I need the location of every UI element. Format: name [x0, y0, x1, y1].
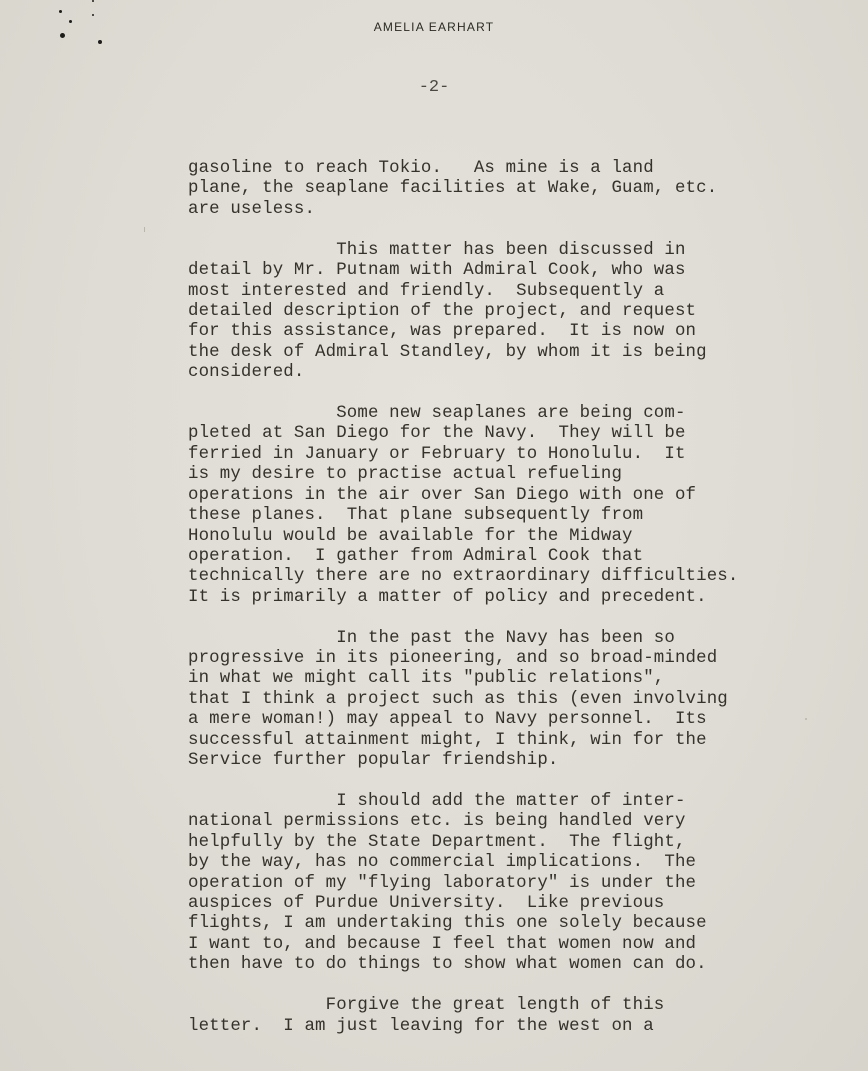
text-line: successful attainment might, I think, wi…	[188, 731, 848, 751]
text-line: for this assistance, was prepared. It is…	[188, 322, 848, 342]
text-line: by the way, has no commercial implicatio…	[188, 853, 848, 873]
text-line: gasoline to reach Tokio. As mine is a la…	[188, 159, 848, 179]
text-line: is my desire to practise actual refuelin…	[188, 465, 848, 485]
text-line: Forgive the great length of this	[188, 996, 848, 1016]
letterhead: AMELIA EARHART	[0, 20, 868, 34]
text-line: This matter has been discussed in	[188, 241, 848, 261]
text-line: auspices of Purdue University. Like prev…	[188, 894, 848, 914]
paper-mark	[144, 227, 145, 232]
paragraph: Forgive the great length of thisletter. …	[188, 996, 848, 1037]
text-line: national permissions etc. is being handl…	[188, 812, 848, 832]
letter-page: AMELIA EARHART -2- gasoline to reach Tok…	[0, 0, 868, 1071]
text-line: considered.	[188, 363, 848, 383]
text-line: I want to, and because I feel that women…	[188, 935, 848, 955]
text-line: operation. I gather from Admiral Cook th…	[188, 547, 848, 567]
text-line: ferried in January or February to Honolu…	[188, 445, 848, 465]
text-line: pleted at San Diego for the Navy. They w…	[188, 424, 848, 444]
text-line: the desk of Admiral Standley, by whom it…	[188, 343, 848, 363]
text-line: then have to do things to show what wome…	[188, 955, 848, 975]
text-line: Service further popular friendship.	[188, 751, 848, 771]
text-line: operation of my "flying laboratory" is u…	[188, 874, 848, 894]
text-line: detailed description of the project, and…	[188, 302, 848, 322]
text-line: detail by Mr. Putnam with Admiral Cook, …	[188, 261, 848, 281]
text-line: progressive in its pioneering, and so br…	[188, 649, 848, 669]
text-line: helpfully by the State Department. The f…	[188, 833, 848, 853]
text-line: a mere woman!) may appeal to Navy person…	[188, 710, 848, 730]
text-line: flights, I am undertaking this one solel…	[188, 914, 848, 934]
paragraph: Some new seaplanes are being com-pleted …	[188, 404, 848, 608]
text-line: letter. I am just leaving for the west o…	[188, 1017, 848, 1037]
paragraph: I should add the matter of inter-nationa…	[188, 792, 848, 976]
ink-speck	[92, 14, 94, 16]
text-line: plane, the seaplane facilities at Wake, …	[188, 179, 848, 199]
letter-body: gasoline to reach Tokio. As mine is a la…	[188, 159, 848, 1057]
text-line: in what we might call its "public relati…	[188, 669, 848, 689]
text-line: are useless.	[188, 200, 848, 220]
paragraph: This matter has been discussed indetail …	[188, 241, 848, 384]
ink-speck	[98, 40, 102, 44]
text-line: Honolulu would be available for the Midw…	[188, 527, 848, 547]
text-line: I should add the matter of inter-	[188, 792, 848, 812]
text-line: operations in the air over San Diego wit…	[188, 486, 848, 506]
text-line: In the past the Navy has been so	[188, 629, 848, 649]
text-line: Some new seaplanes are being com-	[188, 404, 848, 424]
text-line: technically there are no extraordinary d…	[188, 567, 848, 587]
page-number: -2-	[0, 78, 868, 97]
paragraph: gasoline to reach Tokio. As mine is a la…	[188, 159, 848, 220]
paragraph: In the past the Navy has been soprogress…	[188, 629, 848, 772]
text-line: most interested and friendly. Subsequent…	[188, 282, 848, 302]
text-line: It is primarily a matter of policy and p…	[188, 588, 848, 608]
text-line: these planes. That plane subsequently fr…	[188, 506, 848, 526]
text-line: that I think a project such as this (eve…	[188, 690, 848, 710]
ink-speck	[59, 10, 62, 13]
ink-speck	[92, 0, 94, 2]
